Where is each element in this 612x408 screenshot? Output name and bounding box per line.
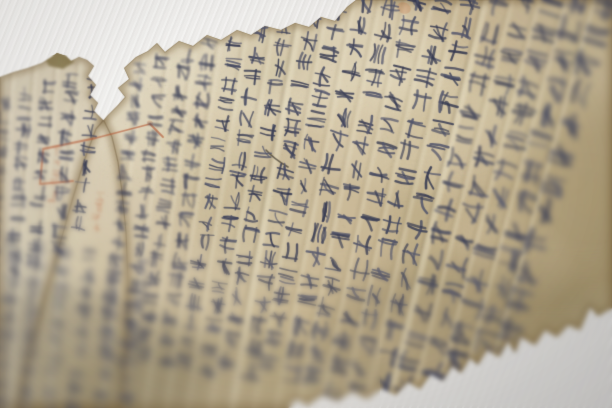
manuscript-photo: Close-up photograph of torn fragments of… bbox=[0, 0, 612, 408]
calligraphy-ink-layer bbox=[0, 0, 612, 408]
